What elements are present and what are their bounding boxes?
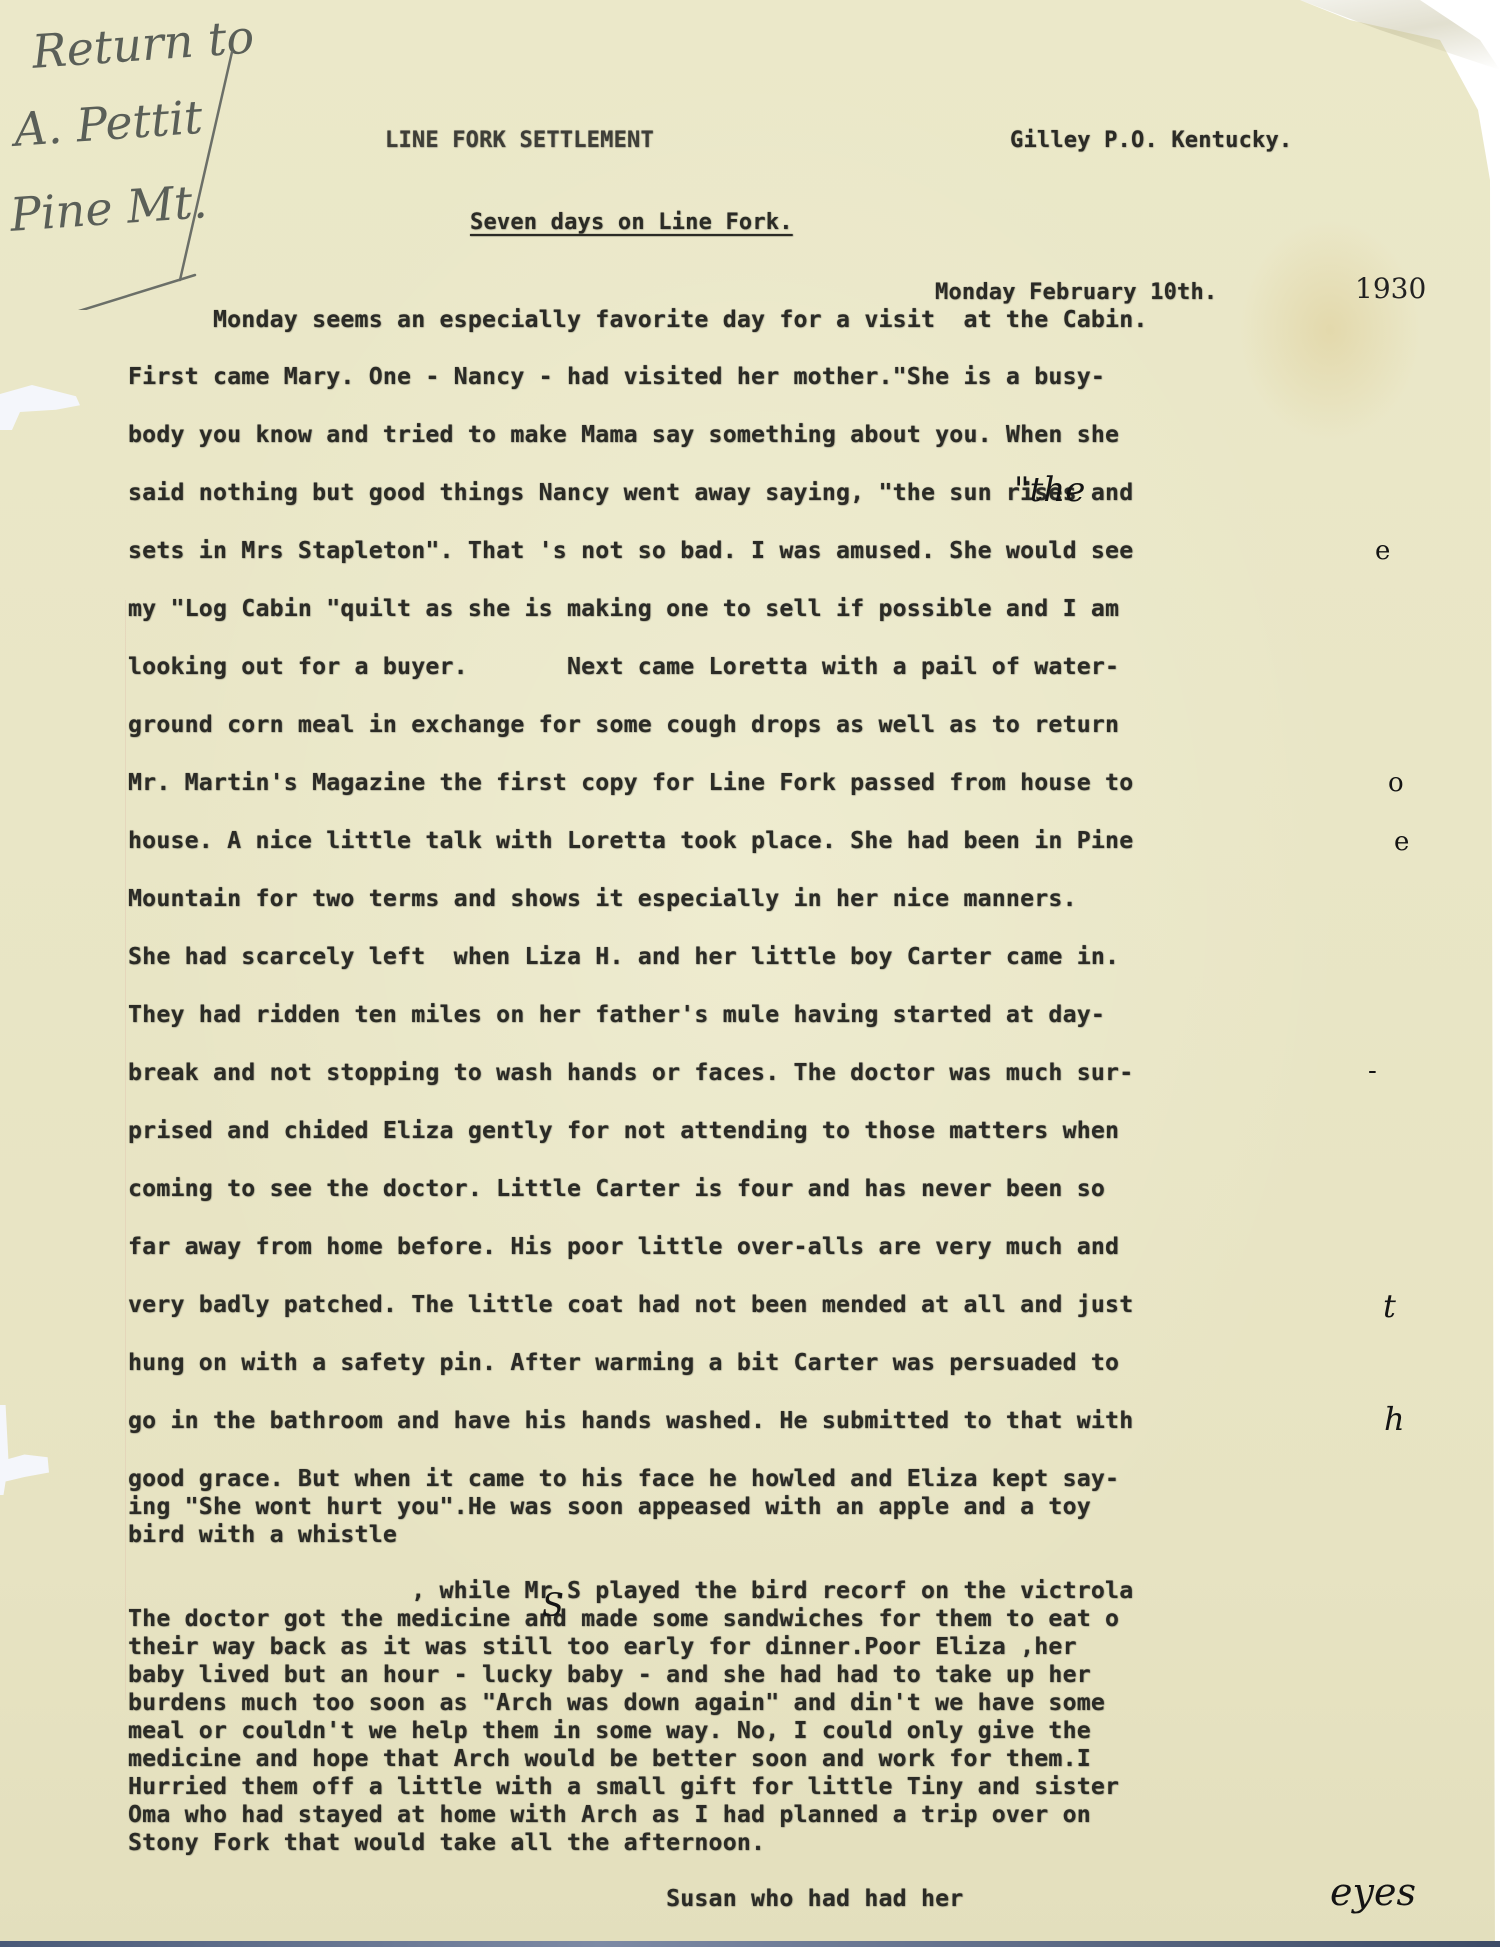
text-line: my "Log Cabin "quilt as she is making on… xyxy=(128,595,1119,623)
text-line: house. A nice little talk with Loretta t… xyxy=(128,827,1133,855)
text-line: go in the bathroom and have his hands wa… xyxy=(128,1407,1133,1435)
dateline: Monday February 10th. xyxy=(935,280,1217,305)
ink-insert: S xyxy=(542,1586,564,1624)
ink-insert: "the xyxy=(1014,470,1085,510)
text-line: Oma who had stayed at home with Arch as … xyxy=(128,1801,1091,1829)
text-line: good grace. But when it came to his face… xyxy=(128,1465,1119,1493)
ink-insert: - xyxy=(1368,1056,1377,1086)
text-line: Hurried them off a little with a small g… xyxy=(128,1773,1119,1801)
text-line: coming to see the doctor. Little Carter … xyxy=(128,1175,1105,1203)
text-line: their way back as it was still too early… xyxy=(128,1633,1077,1661)
text-line: , while Mr.S played the bird recorf on t… xyxy=(128,1577,1133,1605)
text-line: prised and chided Eliza gently for not a… xyxy=(128,1117,1119,1145)
settlement-header: LINE FORK SETTLEMENT xyxy=(385,128,654,153)
text-line: ground corn meal in exchange for some co… xyxy=(128,711,1119,739)
text-line: body you know and tried to make Mama say… xyxy=(128,421,1119,449)
page-title: Seven days on Line Fork. xyxy=(470,210,793,235)
location-header: Gilley P.O. Kentucky. xyxy=(1010,128,1292,153)
ink-insert: eyes xyxy=(1330,1870,1416,1914)
margin-line xyxy=(125,600,126,1700)
text-line: said nothing but good things Nancy went … xyxy=(128,479,1133,507)
text-line: break and not stopping to wash hands or … xyxy=(128,1059,1133,1087)
text-line: Susan who had had her xyxy=(128,1885,963,1913)
ink-insert: h xyxy=(1384,1400,1405,1438)
text-line: Stony Fork that would take all the after… xyxy=(128,1829,765,1857)
text-line: very badly patched. The little coat had … xyxy=(128,1291,1133,1319)
scan-edge xyxy=(0,1941,1500,1947)
ink-insert: o xyxy=(1388,768,1404,798)
text-line: baby lived but an hour - lucky baby - an… xyxy=(128,1661,1091,1689)
text-line: hung on with a safety pin. After warming… xyxy=(128,1349,1119,1377)
text-line: Monday seems an especially favorite day … xyxy=(128,306,1148,334)
text-line: Mountain for two terms and shows it espe… xyxy=(128,885,1077,913)
text-line: burdens much too soon as "Arch was down … xyxy=(128,1689,1105,1717)
text-line: looking out for a buyer. Next came Loret… xyxy=(128,653,1119,681)
text-line: Mr. Martin's Magazine the first copy for… xyxy=(128,769,1133,797)
text-line: She had scarcely left when Liza H. and h… xyxy=(128,943,1119,971)
text-line: They had ridden ten miles on her father'… xyxy=(128,1001,1105,1029)
text-line: The doctor got the medicine and made som… xyxy=(128,1605,1119,1633)
text-line: bird with a whistle xyxy=(128,1521,397,1549)
pencil-bracket xyxy=(20,30,240,310)
ink-insert: t xyxy=(1383,1287,1396,1325)
text-line: ing "She wont hurt you".He was soon appe… xyxy=(128,1493,1091,1521)
ink-insert: e xyxy=(1394,827,1409,857)
text-line: meal or couldn't we help them in some wa… xyxy=(128,1717,1091,1745)
text-line: First came Mary. One - Nancy - had visit… xyxy=(128,363,1105,391)
text-line: sets in Mrs Stapleton". That 's not so b… xyxy=(128,537,1133,565)
ink-insert: e xyxy=(1375,536,1390,566)
text-line: far away from home before. His poor litt… xyxy=(128,1233,1119,1261)
text-line: medicine and hope that Arch would be bet… xyxy=(128,1745,1091,1773)
year-annotation: 1930 xyxy=(1355,272,1426,305)
